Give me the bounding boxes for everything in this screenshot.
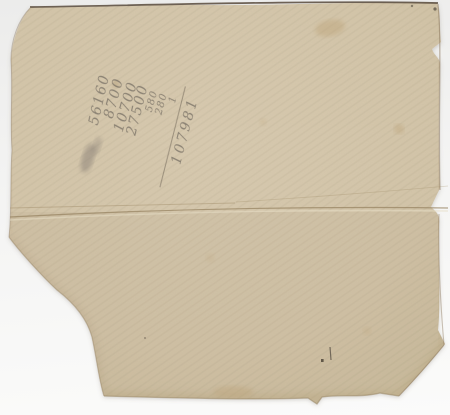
fox-spot — [394, 124, 404, 134]
stain-bottom — [213, 386, 253, 398]
dark-speck — [411, 5, 413, 7]
fox-spot — [260, 119, 267, 126]
fox-spot — [206, 254, 215, 263]
dark-speck — [144, 337, 146, 339]
fox-spot — [363, 327, 371, 335]
dark-speck — [433, 7, 436, 10]
dark-speck — [321, 359, 324, 362]
paper-sheet-graphic — [0, 0, 450, 415]
scanned-paper-photo: 56160 8700 10700 27500 580 280 1 107981 — [0, 0, 450, 415]
right-edge-rim-lower — [439, 214, 444, 345]
